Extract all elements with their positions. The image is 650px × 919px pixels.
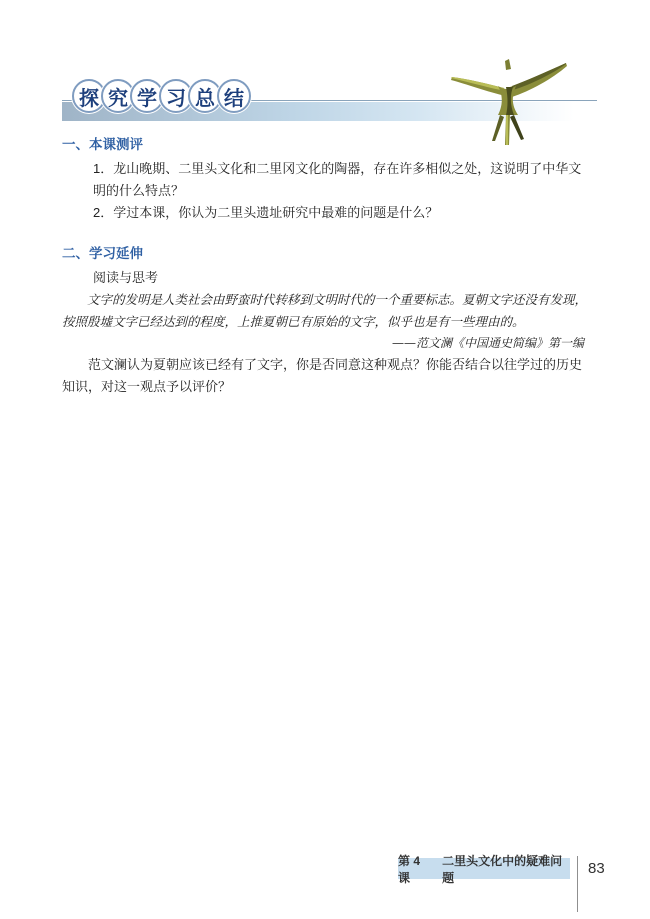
assessment-question-2: 2．学过本课，你认为二里头遗址研究中最难的问题是什么？: [93, 202, 590, 224]
quote-passage: 文字的发明是人类社会由野蛮时代转移到文明时代的一个重要标志。夏朝文字还没有发现，…: [62, 289, 590, 333]
extension-question: 范文澜认为夏朝应该已经有了文字，你是否同意这种观点？你能否结合以往学过的历史知识…: [62, 354, 590, 398]
title-char-badge: 结: [217, 79, 251, 113]
section2-heading: 二、学习延伸: [62, 245, 590, 263]
section-learning-extension: 二、学习延伸 阅读与思考 文字的发明是人类社会由野蛮时代转移到文明时代的一个重要…: [62, 245, 590, 398]
quote-attribution: ——范文澜《中国通史简编》第一编: [62, 333, 590, 353]
page-content: 一、本课测评 1．龙山晚期、二里头文化和二里冈文化的陶器，存在许多相似之处，这说…: [62, 136, 590, 398]
footer-lesson-number: 第 4 课: [398, 852, 434, 886]
footer-divider-line: [577, 856, 578, 912]
assessment-question-1: 1．龙山晚期、二里头文化和二里冈文化的陶器，存在许多相似之处，这说明了中华文明的…: [93, 158, 590, 202]
bronze-jue-vessel-icon: [448, 53, 570, 148]
section-lesson-assessment: 一、本课测评 1．龙山晚期、二里头文化和二里冈文化的陶器，存在许多相似之处，这说…: [62, 136, 590, 224]
reading-thinking-subheading: 阅读与思考: [62, 267, 590, 289]
footer-lesson-title: 二里头文化中的疑难问题: [442, 852, 570, 886]
page-number: 83: [588, 860, 605, 877]
page-title: 探 究 学 习 总 结: [72, 79, 251, 113]
textbook-page: { "header": { "title_chars": ["探", "究", …: [0, 0, 650, 919]
footer-lesson-bar: 第 4 课 二里头文化中的疑难问题: [398, 858, 570, 879]
assessment-question-list: 1．龙山晚期、二里头文化和二里冈文化的陶器，存在许多相似之处，这说明了中华文明的…: [62, 158, 590, 224]
